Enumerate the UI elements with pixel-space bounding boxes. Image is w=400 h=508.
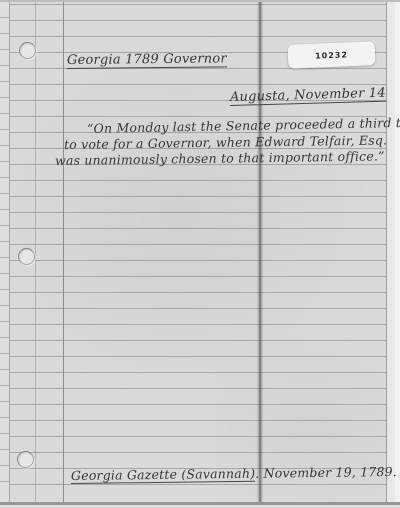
scanned-notebook-page: 10232 Georgia 1789 Governor Augusta, Nov… — [0, 0, 400, 508]
underlying-page-edge — [0, 0, 10, 508]
ruled-paper — [10, 0, 386, 508]
catalog-label: 10232 — [288, 41, 376, 69]
citation-date: . November 19, 1789. — [255, 464, 397, 481]
scanner-background — [386, 0, 400, 508]
citation-source: Georgia Gazette (Savannah) — [71, 466, 255, 484]
catalog-number: 10232 — [315, 50, 348, 60]
document-title: Georgia 1789 Governor — [67, 51, 227, 68]
dateline: Augusta, November 14 — [230, 86, 386, 105]
document-title-text: Georgia 1789 Governor — [67, 51, 227, 69]
punch-hole-bottom — [17, 451, 34, 468]
punch-hole-top — [19, 42, 36, 59]
punch-hole-middle — [18, 248, 35, 265]
inner-margin-line — [35, 0, 36, 508]
fold-crease — [256, 0, 264, 508]
margin-line — [63, 0, 64, 508]
paper-top-edge — [0, 0, 400, 2]
